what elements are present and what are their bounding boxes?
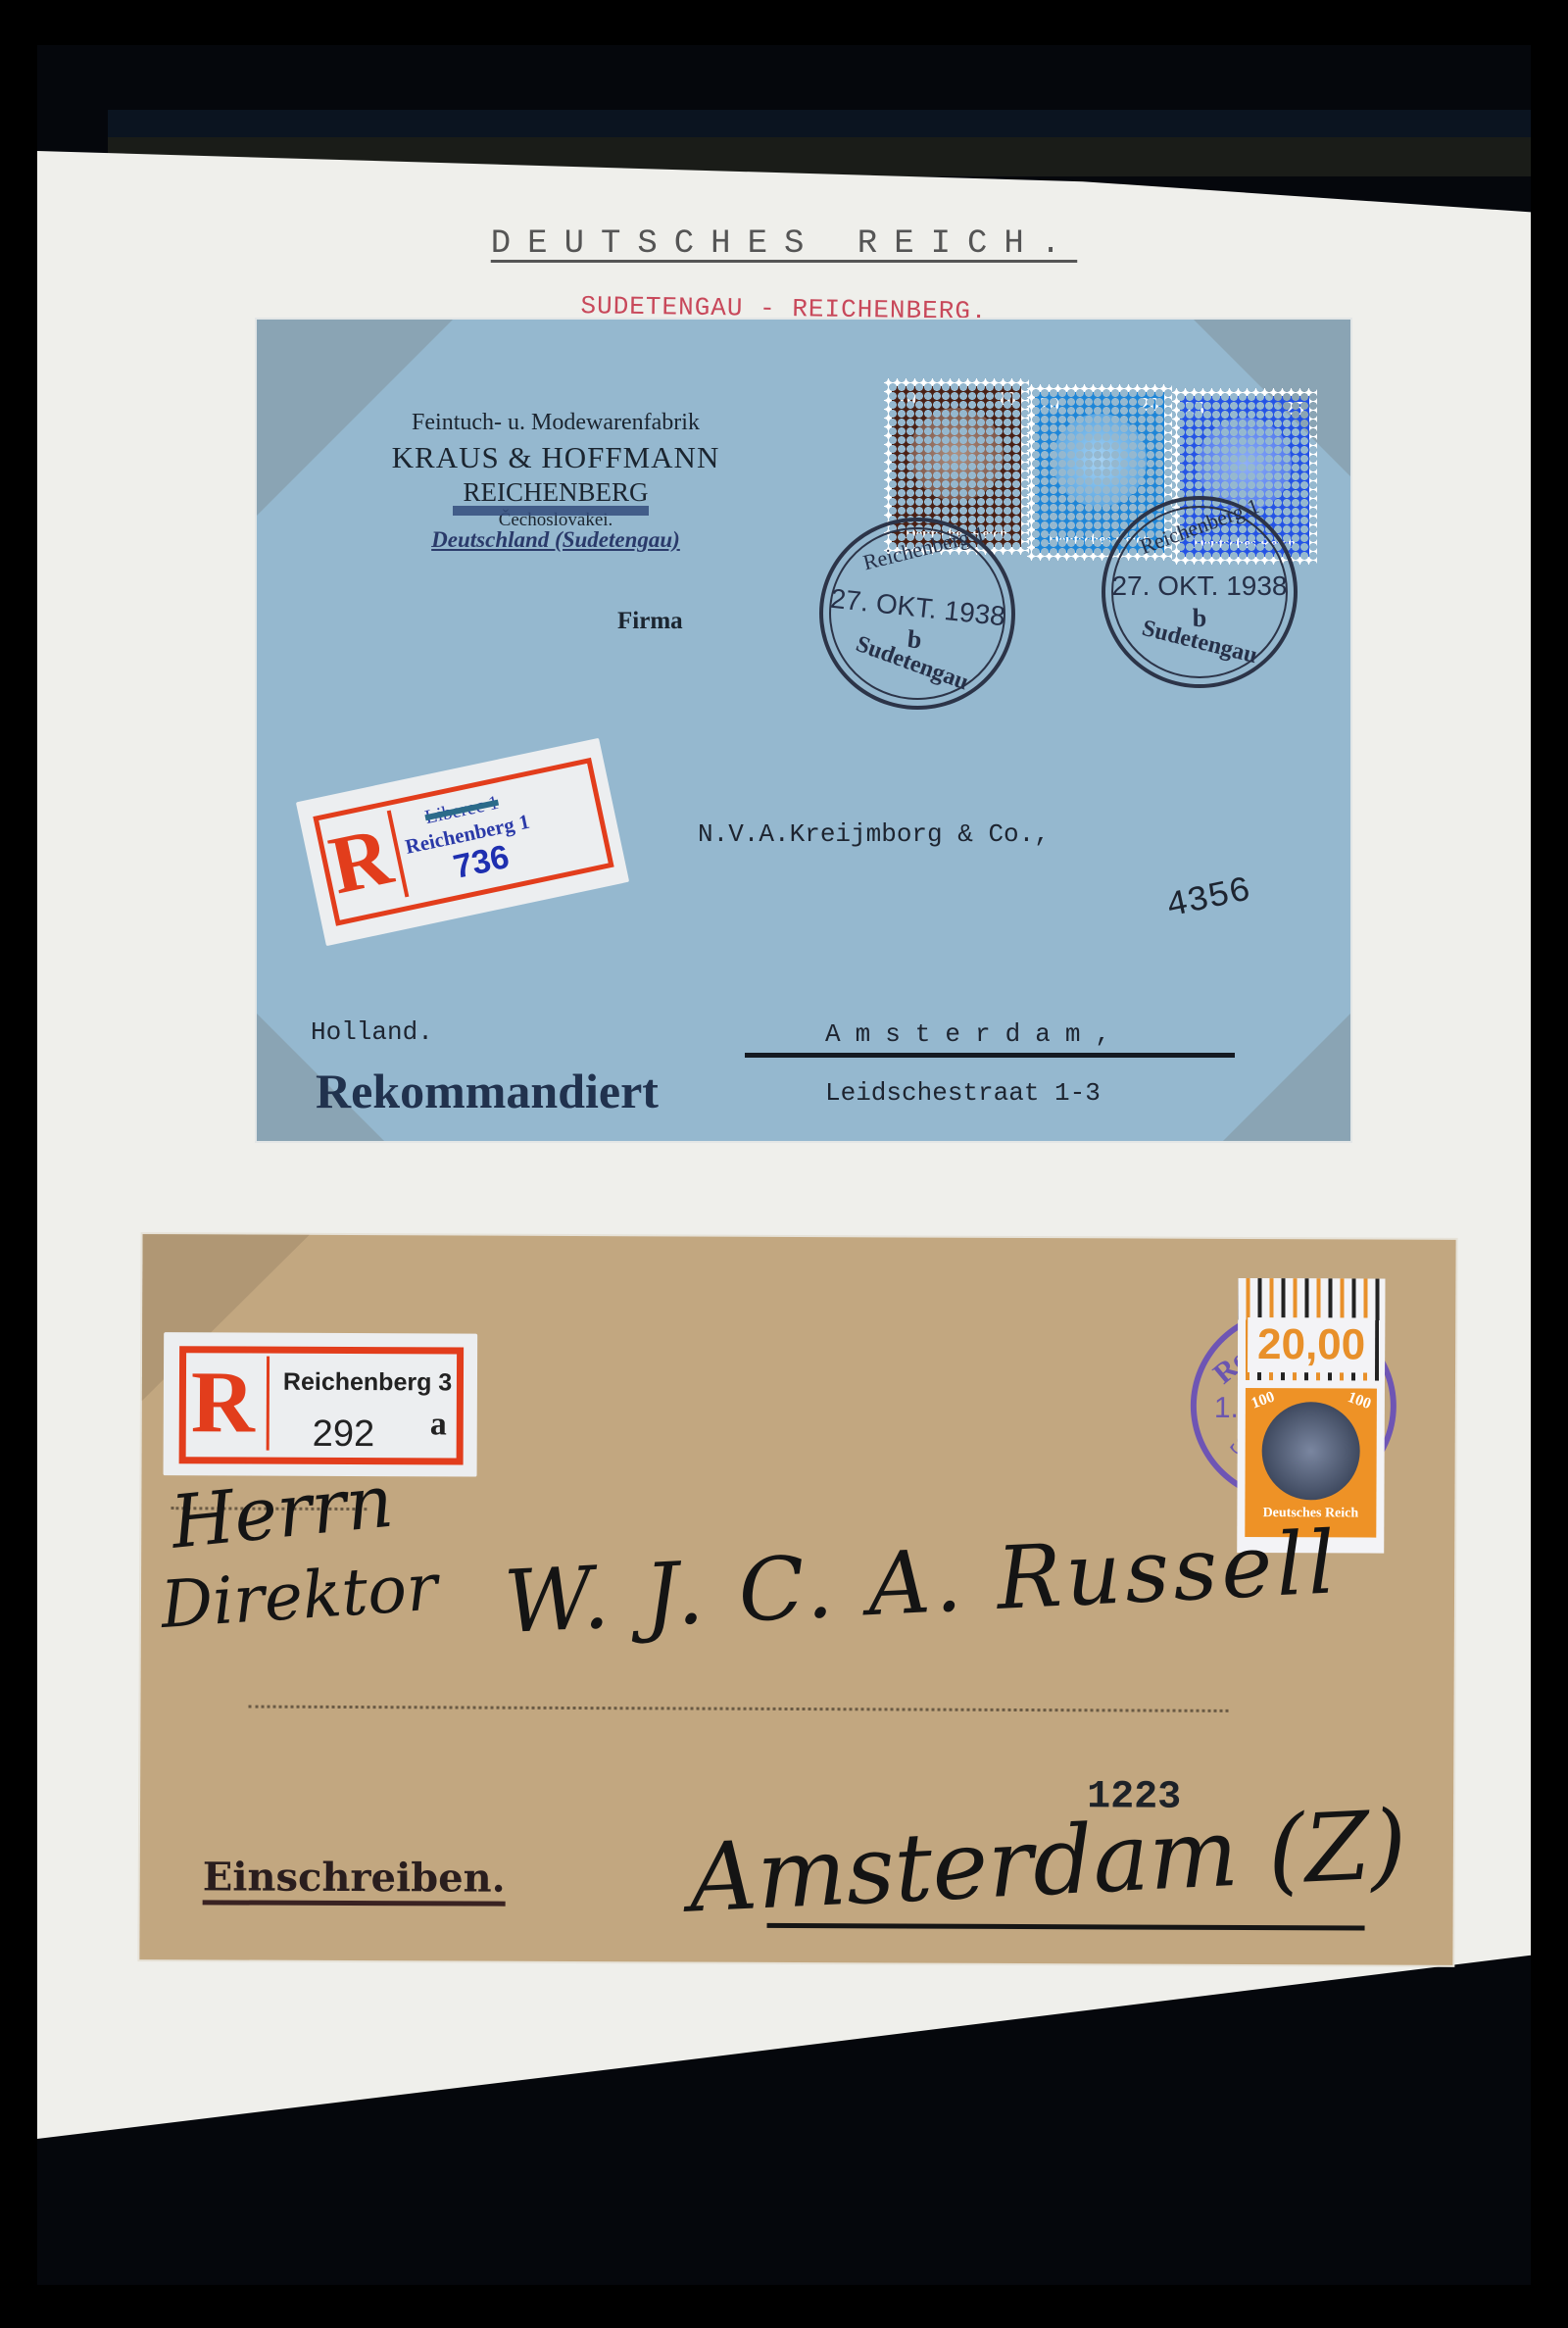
underline bbox=[745, 1053, 1235, 1058]
label-suffix: a bbox=[430, 1406, 447, 1443]
cover-1-envelope: Feintuch- u. Modewarenfabrik KRAUS & HOF… bbox=[257, 320, 1350, 1141]
portrait-medallion-icon bbox=[1053, 414, 1146, 507]
reference-number: 4356 bbox=[1163, 869, 1254, 926]
postmark-2: Reichenberg 1 27. OKT. 1938 b Sudetengau bbox=[1102, 496, 1298, 688]
registered-r-icon: R bbox=[191, 1356, 269, 1450]
stamp-value: 25 bbox=[1185, 398, 1204, 421]
postmark-1: Reichenberg 1 27. OKT. 1938 b Sudetengau bbox=[809, 508, 1024, 719]
sender-line-1: Feintuch- u. Modewarenfabrik bbox=[365, 410, 747, 436]
service-mark: Einschreiben. bbox=[203, 1854, 506, 1906]
addressee: N.V.A.Kreijmborg & Co., bbox=[698, 819, 1050, 849]
margin-value: 20,00 bbox=[1248, 1317, 1375, 1373]
registration-label-2: R Reichenberg 3 292 a bbox=[164, 1332, 478, 1476]
stamp-value: 10 bbox=[997, 388, 1016, 411]
page-title: DEUTSCHES REICH. bbox=[0, 225, 1568, 263]
service-mark: Rekommandiert bbox=[316, 1063, 659, 1119]
portrait-medallion-icon bbox=[909, 408, 1003, 501]
underline bbox=[767, 1923, 1365, 1931]
label-city: Reichenberg 3 bbox=[283, 1368, 452, 1398]
sender-city: REICHENBERG bbox=[365, 477, 747, 508]
label-number: 292 bbox=[313, 1413, 375, 1456]
handwritten-name: W. J. C. A. Russell bbox=[502, 1511, 1342, 1653]
stamp-value: 10 bbox=[897, 388, 916, 411]
sender-company: KRAUS & HOFFMANN bbox=[365, 440, 747, 475]
sheet-margin: 20,00 bbox=[1238, 1278, 1385, 1381]
registration-label-1: R Liberec 1 Reichenberg 1 736 bbox=[296, 738, 629, 946]
destination-country: Holland. bbox=[311, 1017, 433, 1047]
stamp-value: 20 bbox=[1140, 394, 1159, 417]
stamp-value: 100 bbox=[1249, 1389, 1278, 1413]
cover-2-envelope: R Reichenberg 3 292 a Rei... 1... Su... … bbox=[139, 1234, 1455, 1965]
stamp-value: 20 bbox=[1040, 394, 1059, 417]
handwritten-title: Direktor bbox=[159, 1550, 440, 1643]
postmark-date: 27. OKT. 1938 bbox=[1105, 570, 1294, 602]
handwritten-city: Amsterdam (Z) bbox=[687, 1790, 1409, 1934]
dotted-line bbox=[249, 1706, 1229, 1712]
envelope-flap bbox=[1223, 1014, 1350, 1141]
stamp-value: 100 bbox=[1346, 1389, 1374, 1413]
destination-street: Leidschestraat 1-3 bbox=[825, 1078, 1101, 1108]
destination-city: Amsterdam, bbox=[825, 1019, 1125, 1049]
stamp-value: 25 bbox=[1285, 398, 1304, 421]
sender-imprint: Feintuch- u. Modewarenfabrik KRAUS & HOF… bbox=[365, 410, 747, 553]
sender-struck-country: Čechoslovakei. bbox=[365, 510, 747, 531]
portrait-medallion-icon bbox=[1261, 1402, 1359, 1500]
firma-label: Firma bbox=[617, 608, 683, 635]
